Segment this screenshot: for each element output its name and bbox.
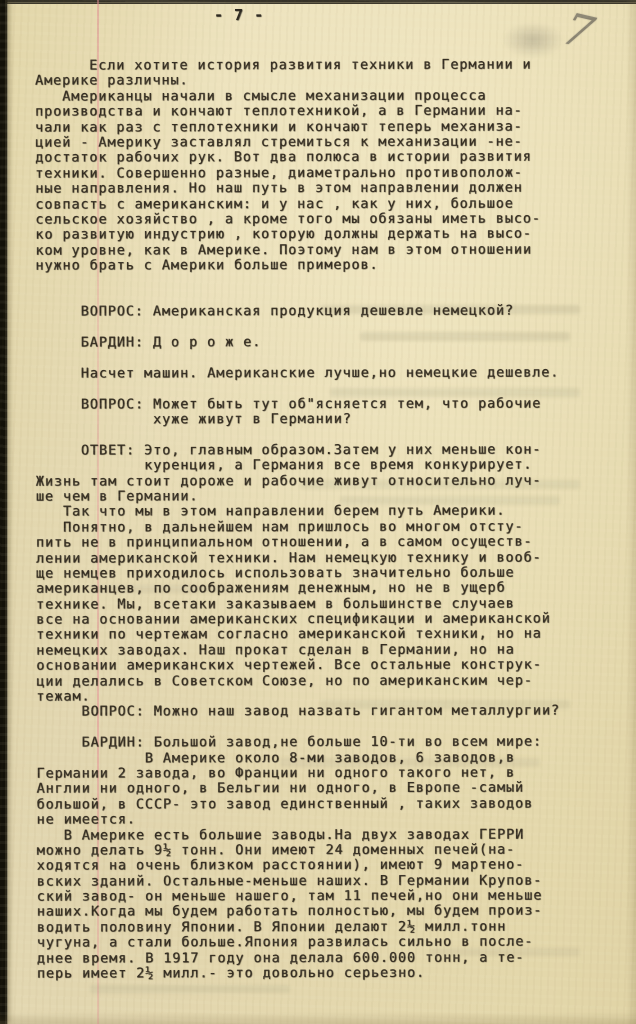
handwritten-page-number: 7 bbox=[556, 4, 600, 59]
text-line: ные направления. Но наш путь в этом напр… bbox=[35, 181, 610, 198]
text-line bbox=[35, 273, 610, 290]
scanned-document-page: - 7 - 7 Если хотите история развития тех… bbox=[0, 0, 636, 1024]
text-line: Насчет машин. Американские лучше,но неме… bbox=[36, 365, 611, 382]
text-line: ВОПРОС: Можно наш завод назвать гигантом… bbox=[36, 704, 611, 721]
text-line: наших.Когда мы будем работать полностью,… bbox=[37, 904, 612, 921]
text-line: ВОПРОС: Американская продукция дешевле н… bbox=[36, 304, 611, 321]
pencil-smudge bbox=[502, 22, 564, 58]
text-line: нужно брать с Америки больше примеров. bbox=[35, 257, 610, 274]
text-line: Так что мы в этом направлении берем путь… bbox=[36, 504, 611, 521]
text-line: американцев, по соображениям денежным, н… bbox=[36, 581, 611, 598]
text-line: не имеется. bbox=[37, 812, 612, 829]
text-line bbox=[36, 319, 611, 336]
text-line: Если хотите история развития техники в Г… bbox=[35, 57, 610, 74]
scan-edge-left bbox=[0, 0, 8, 1024]
text-line: достаток рабочих рук. Вот два полюса в и… bbox=[35, 150, 610, 167]
text-line: чугуна, а стали больше.Япония развилась … bbox=[37, 935, 612, 952]
text-line: большой, в СССР- это завод единственный … bbox=[37, 796, 612, 813]
text-line: хуже живут в Германии? bbox=[36, 411, 611, 428]
text-line: перь имеет 2½ милл.- это довольно серьез… bbox=[37, 965, 612, 982]
text-line: БАРДИН: Большой завод,не больше 10-ти во… bbox=[36, 735, 611, 752]
scan-edge-top bbox=[0, 0, 636, 4]
text-line: Жизнь там стоит дороже и рабочие живут о… bbox=[36, 473, 611, 490]
page-number: - 7 - bbox=[214, 6, 264, 24]
typewritten-text-block: Если хотите история развития техники в Г… bbox=[35, 57, 612, 982]
text-line: БАРДИН: Д о р о ж е. bbox=[36, 334, 611, 351]
scan-edge-right-shadow bbox=[626, 0, 636, 1024]
text-line: ции делались в Советском Союзе, но по ам… bbox=[36, 673, 611, 690]
text-line: техники по чертежам согласно американско… bbox=[36, 627, 611, 644]
text-line: производства и кончают теплотехникой, а … bbox=[35, 104, 610, 121]
scan-edge-bottom-shadow bbox=[0, 1012, 636, 1024]
text-line: Америке различны. bbox=[35, 73, 610, 90]
